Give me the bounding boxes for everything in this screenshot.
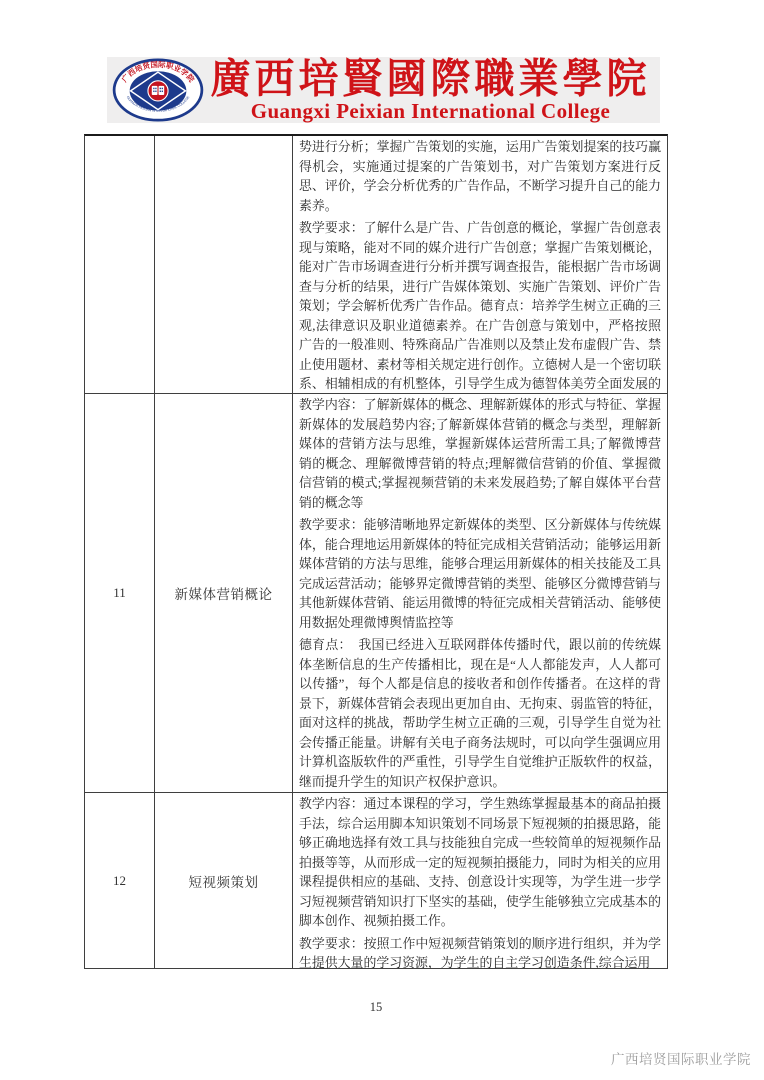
- footer-watermark: 广西培贤国际职业学院: [611, 1048, 751, 1068]
- course-description-paragraph: 教学内容：通过本课程的学习，学生熟练掌握最基本的商品拍摄手法，综合运用脚本知识策…: [299, 795, 661, 932]
- course-name-cell: 短视频策划: [155, 793, 293, 968]
- course-description-cell: 教学内容：通过本课程的学习，学生熟练掌握最基本的商品拍摄手法，综合运用脚本知识策…: [293, 793, 667, 968]
- course-description-cell: 教学内容：了解新媒体的概念、理解新媒体的形式与特征、掌握新媒体的发展趋势内容;了…: [293, 394, 667, 792]
- college-logo: 广西培贤国际职业学院 GUANGXI PEIXIAN INTERNATIONAL…: [110, 58, 206, 122]
- course-description-paragraph: 教学要求：了解什么是广告、广告创意的概论，掌握广告创意表现与策略，能对不同的媒介…: [299, 219, 661, 393]
- college-title-block: 廣西培賢國際職業學院 Guangxi Peixian International…: [205, 57, 656, 123]
- course-description-paragraph: 德育点： 我国已经进入互联网群体传播时代，跟以前的传统媒体垄断信息的生产传播相比…: [299, 636, 661, 792]
- page-number: 15: [84, 1000, 668, 1015]
- course-number-cell: 12: [85, 793, 155, 968]
- table-row-11: 11 新媒体营销概论 教学内容：了解新媒体的概念、理解新媒体的形式与特征、掌握新…: [85, 393, 667, 792]
- course-syllabus-table: 势进行分析；掌握广告策划的实施，运用广告策划提案的技巧赢得机会，实施通过提案的广…: [84, 134, 668, 969]
- course-description-cell: 势进行分析；掌握广告策划的实施，运用广告策划提案的技巧赢得机会，实施通过提案的广…: [293, 136, 667, 393]
- college-header-banner: 广西培贤国际职业学院 GUANGXI PEIXIAN INTERNATIONAL…: [107, 57, 660, 123]
- college-name-chinese: 廣西培賢國際職業學院: [211, 58, 651, 101]
- course-number-cell: 11: [85, 394, 155, 792]
- course-number-cell: [85, 136, 155, 393]
- course-description-paragraph: 教学要求：能够清晰地界定新媒体的类型、区分新媒体与传统媒体，能合理地运用新媒体的…: [299, 516, 661, 633]
- course-name-cell: [155, 136, 293, 393]
- table-row-12: 12 短视频策划 教学内容：通过本课程的学习，学生熟练掌握最基本的商品拍摄手法，…: [85, 792, 667, 968]
- table-row-continuation: 势进行分析；掌握广告策划的实施，运用广告策划提案的技巧赢得机会，实施通过提案的广…: [85, 136, 667, 393]
- course-description-paragraph: 势进行分析；掌握广告策划的实施，运用广告策划提案的技巧赢得机会，实施通过提案的广…: [299, 138, 661, 216]
- college-name-english: Guangxi Peixian International College: [251, 100, 611, 122]
- course-description-paragraph: 教学要求：按照工作中短视频营销策划的顺序进行组织，并为学生提供大量的学习资源，为…: [299, 935, 661, 969]
- course-name-cell: 新媒体营销概论: [155, 394, 293, 792]
- course-description-paragraph: 教学内容：了解新媒体的概念、理解新媒体的形式与特征、掌握新媒体的发展趋势内容;了…: [299, 396, 661, 513]
